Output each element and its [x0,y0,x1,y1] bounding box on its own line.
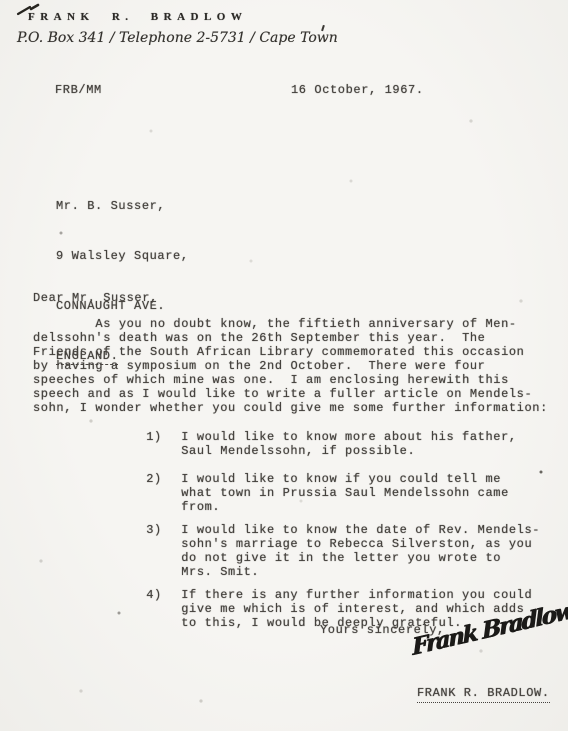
recipient-name: Mr. B. Susser, [56,198,189,215]
letterhead-name: FRANK R. BRADLOW [28,11,247,23]
salutation: Dear Mr. Susser, [33,291,158,305]
item-number: 2) [146,472,181,486]
letter-date: 16 October, 1967. [291,83,424,97]
typed-signature-name: FRANK R. BRADLOW. [417,686,550,703]
item-text: I would like to know if you could tell m… [181,472,509,514]
reference-code: FRB/MM [55,83,102,97]
item-number: 4) [146,588,181,602]
item-number: 1) [146,430,181,444]
item-text: I would like to know the date of Rev. Me… [181,523,540,579]
scanned-letter-page: FRANK R. BRADLOW P.O. Box 341 / Telephon… [0,0,568,731]
recipient-street: 9 Walsley Square, [56,248,189,265]
body-paragraph: As you no doubt know, the fiftieth anniv… [33,317,548,415]
item-text: I would like to know more about his fath… [181,430,516,458]
letterhead-contact: P.O. Box 341 / Telephone 2-5731 / Cape T… [17,30,338,46]
scan-noise [0,0,2,2]
item-number: 3) [146,523,181,537]
